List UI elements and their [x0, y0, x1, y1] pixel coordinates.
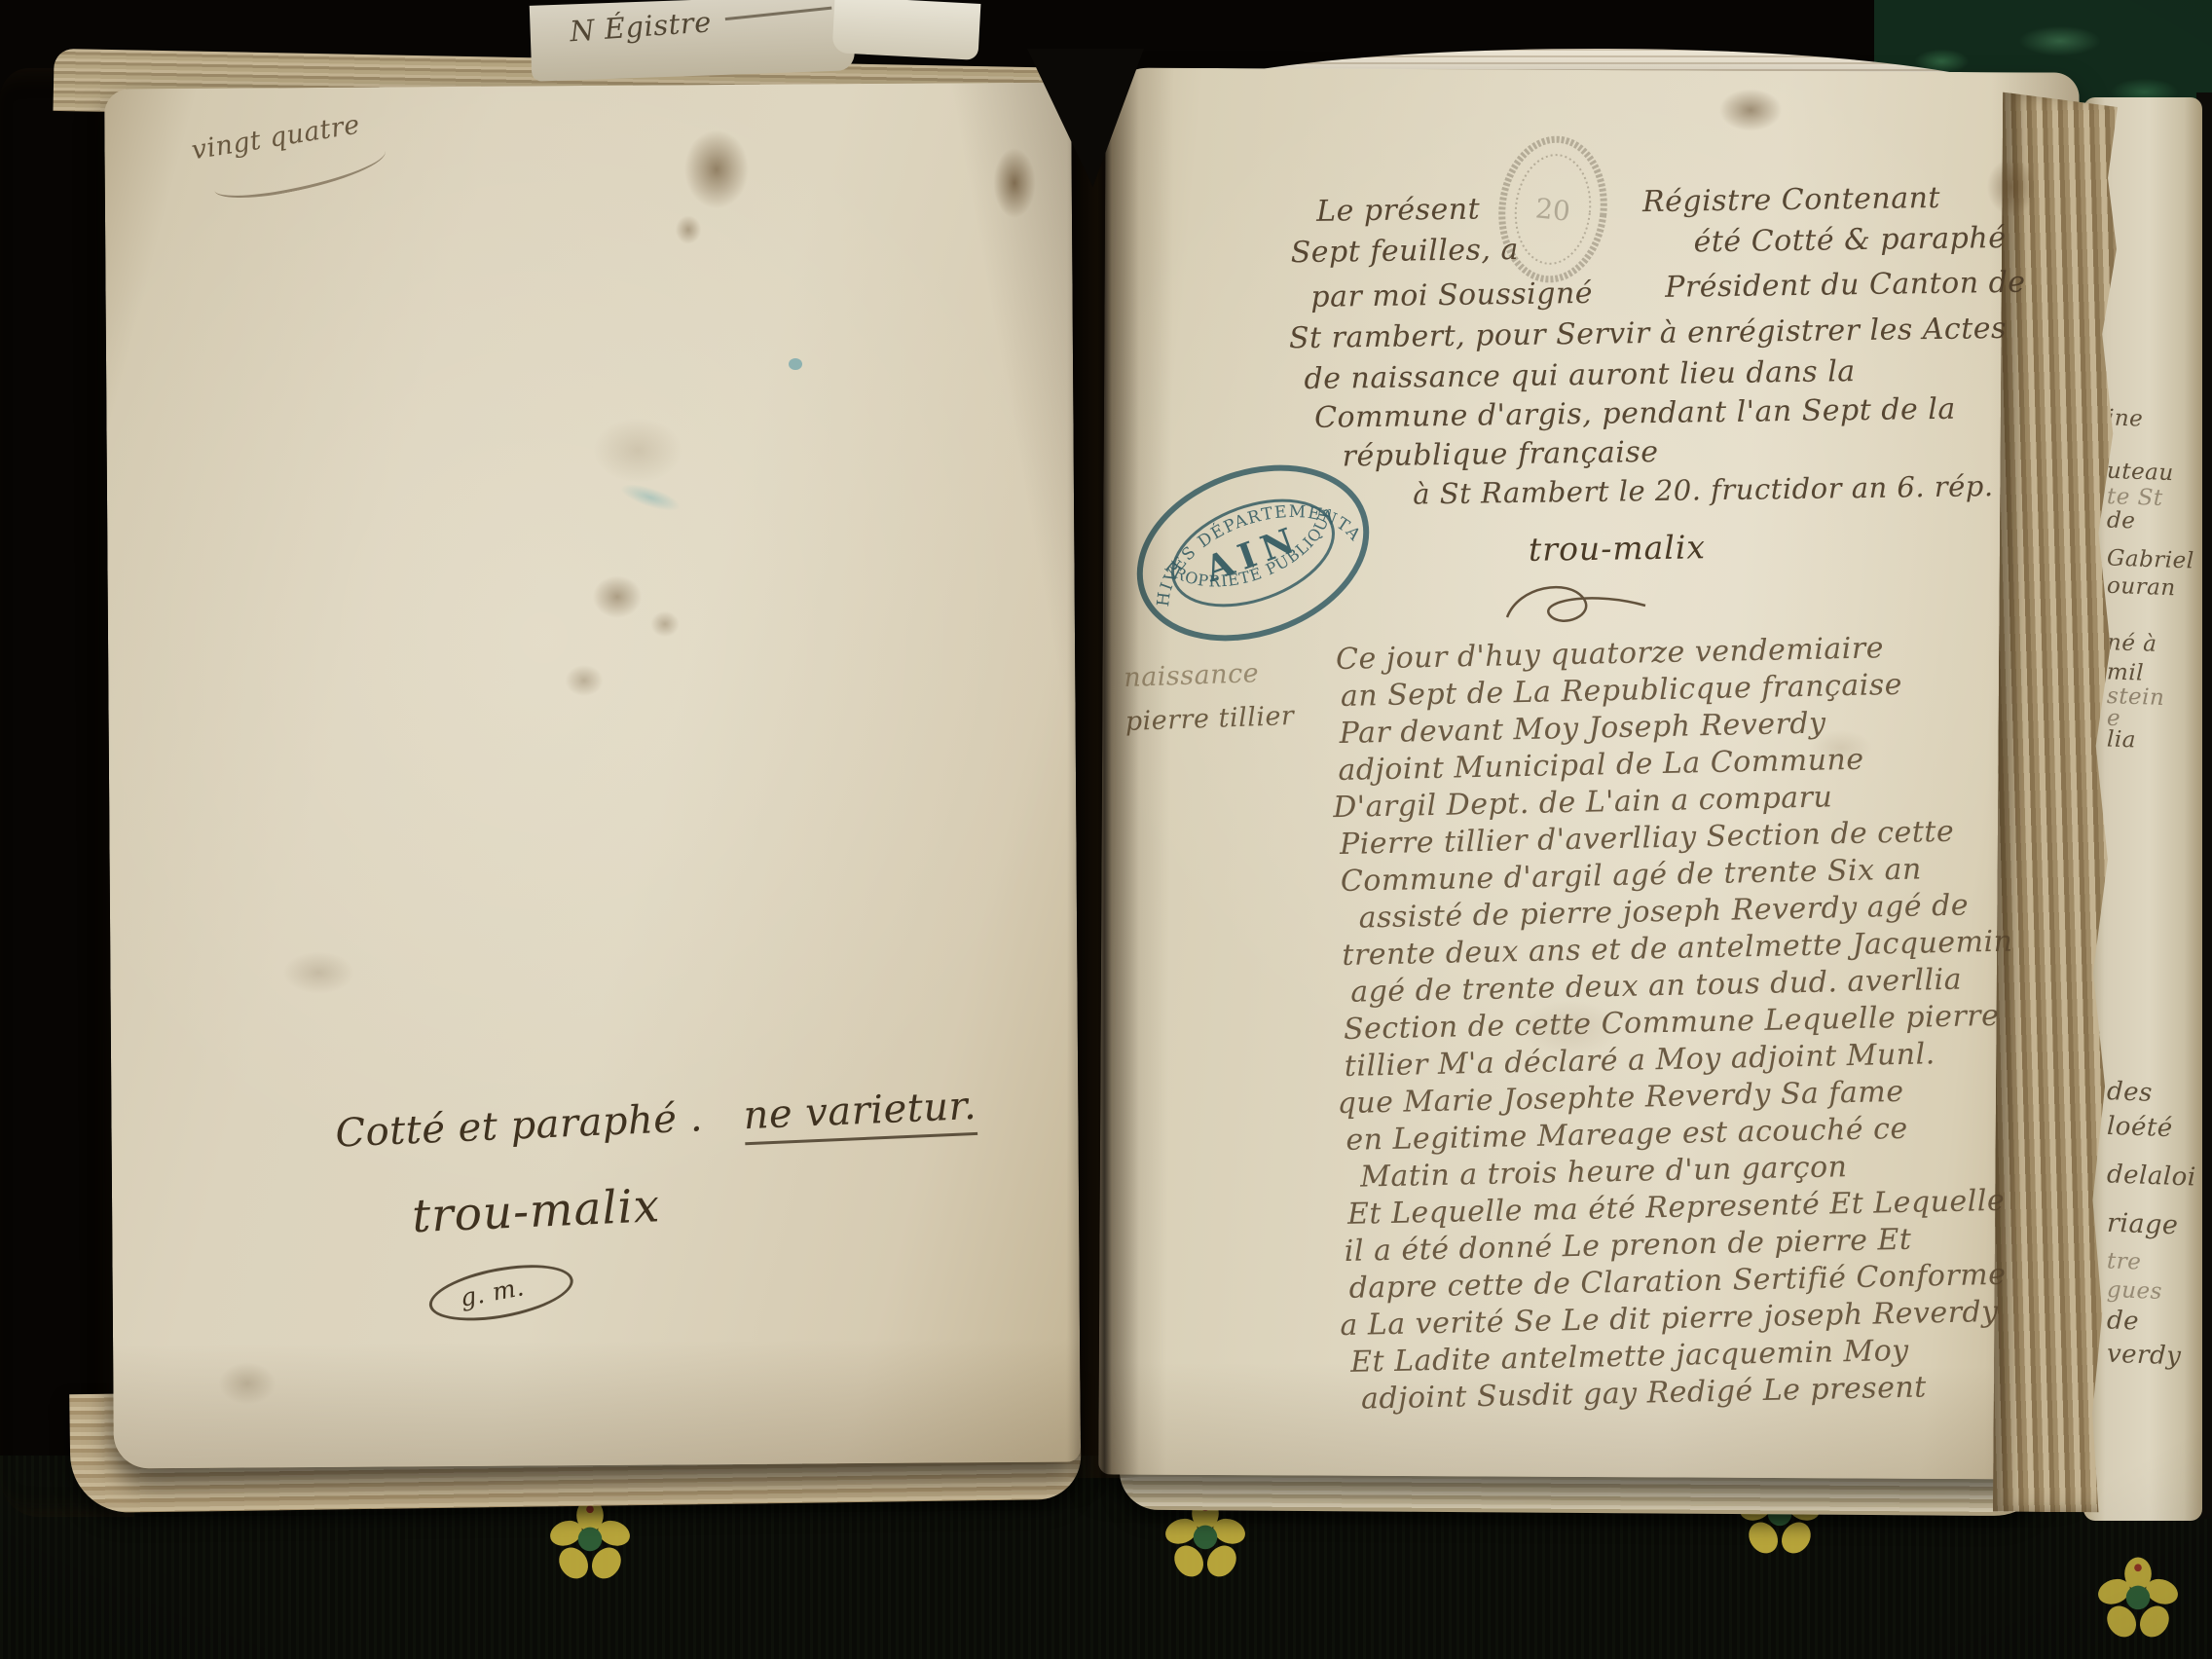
header-line: Président du Canton de — [1665, 266, 2026, 305]
stain — [985, 134, 1044, 232]
paper-fragment — [832, 0, 981, 60]
edge-text-fragment: Gabriel — [2107, 545, 2194, 573]
signature: trou-malix — [411, 1179, 661, 1243]
book-gutter — [1067, 64, 1139, 1478]
photographed-register-scene: ine uteau te St de Gabriel ouran né à mi… — [0, 0, 2212, 1659]
edge-text-fragment: de — [2106, 1306, 2139, 1336]
margin-note: naissance pierre tillier — [1124, 657, 1295, 737]
flower-ornament-icon — [545, 1497, 635, 1587]
edge-text-fragment: des — [2106, 1077, 2153, 1108]
edge-text-fragment: de — [2107, 507, 2136, 534]
edge-text-fragment: mil — [2107, 659, 2145, 685]
edge-text-fragment: gues — [2107, 1277, 2163, 1305]
stain — [670, 209, 707, 250]
certification-block: Cotté et paraphé .ne varietur. trou-mali… — [334, 1086, 946, 1326]
header-line: de naissance qui auront lieu dans la — [1304, 354, 1856, 396]
stain — [206, 1353, 288, 1414]
stain — [1706, 80, 1795, 140]
edge-text-fragment: delaloi — [2107, 1160, 2197, 1192]
edge-text-fragment: riage — [2106, 1208, 2178, 1241]
ink-smudge — [789, 358, 802, 370]
header-line: Le présent — [1316, 192, 1481, 228]
edge-text-fragment: verdy — [2106, 1340, 2181, 1372]
header-line: été Cotté & paraphé — [1693, 221, 2006, 259]
edge-text-fragment: loété — [2106, 1112, 2173, 1143]
header-line: Sept feuilles, a — [1290, 233, 1519, 270]
ne-varietur-underlined: ne varietur. — [743, 1084, 978, 1145]
edge-text-fragment: uteau — [2107, 459, 2175, 486]
stain — [672, 115, 761, 224]
header-line: Régistre Contenant — [1642, 181, 1940, 219]
header-line: par moi Soussigné — [1310, 276, 1593, 314]
stain — [268, 942, 370, 1003]
signature: trou-malix — [1529, 528, 1707, 569]
paraph-flourish — [1499, 576, 1665, 635]
stain — [557, 658, 611, 703]
header-line: Commune d'argis, pendant l'an Sept de la — [1314, 392, 1956, 435]
flower-ornament-icon — [2093, 1556, 2183, 1645]
header-line: St rambert, pour Servir à enrégistrer le… — [1289, 312, 2007, 355]
edge-text-fragment: tre — [2107, 1248, 2142, 1274]
edge-text-fragment: né à — [2107, 630, 2157, 657]
register-opening-text: Le présent Régistre Contenant Sept feuil… — [1282, 175, 2028, 644]
stain — [582, 567, 652, 627]
stain — [645, 606, 685, 643]
margin-note-line: naissance — [1124, 657, 1294, 693]
birth-act-text: Ce jour d'huy quatorze vendemiaire an Se… — [1336, 627, 2092, 1419]
edge-text-fragment: lia — [2107, 726, 2137, 753]
edge-text-fragment: ouran — [2107, 573, 2177, 601]
header-line: république française — [1342, 435, 1658, 474]
date-line: à St Rambert le 20. fructidor an 6. rép. — [1413, 469, 1994, 510]
margin-note-line: pierre tillier — [1124, 701, 1295, 737]
